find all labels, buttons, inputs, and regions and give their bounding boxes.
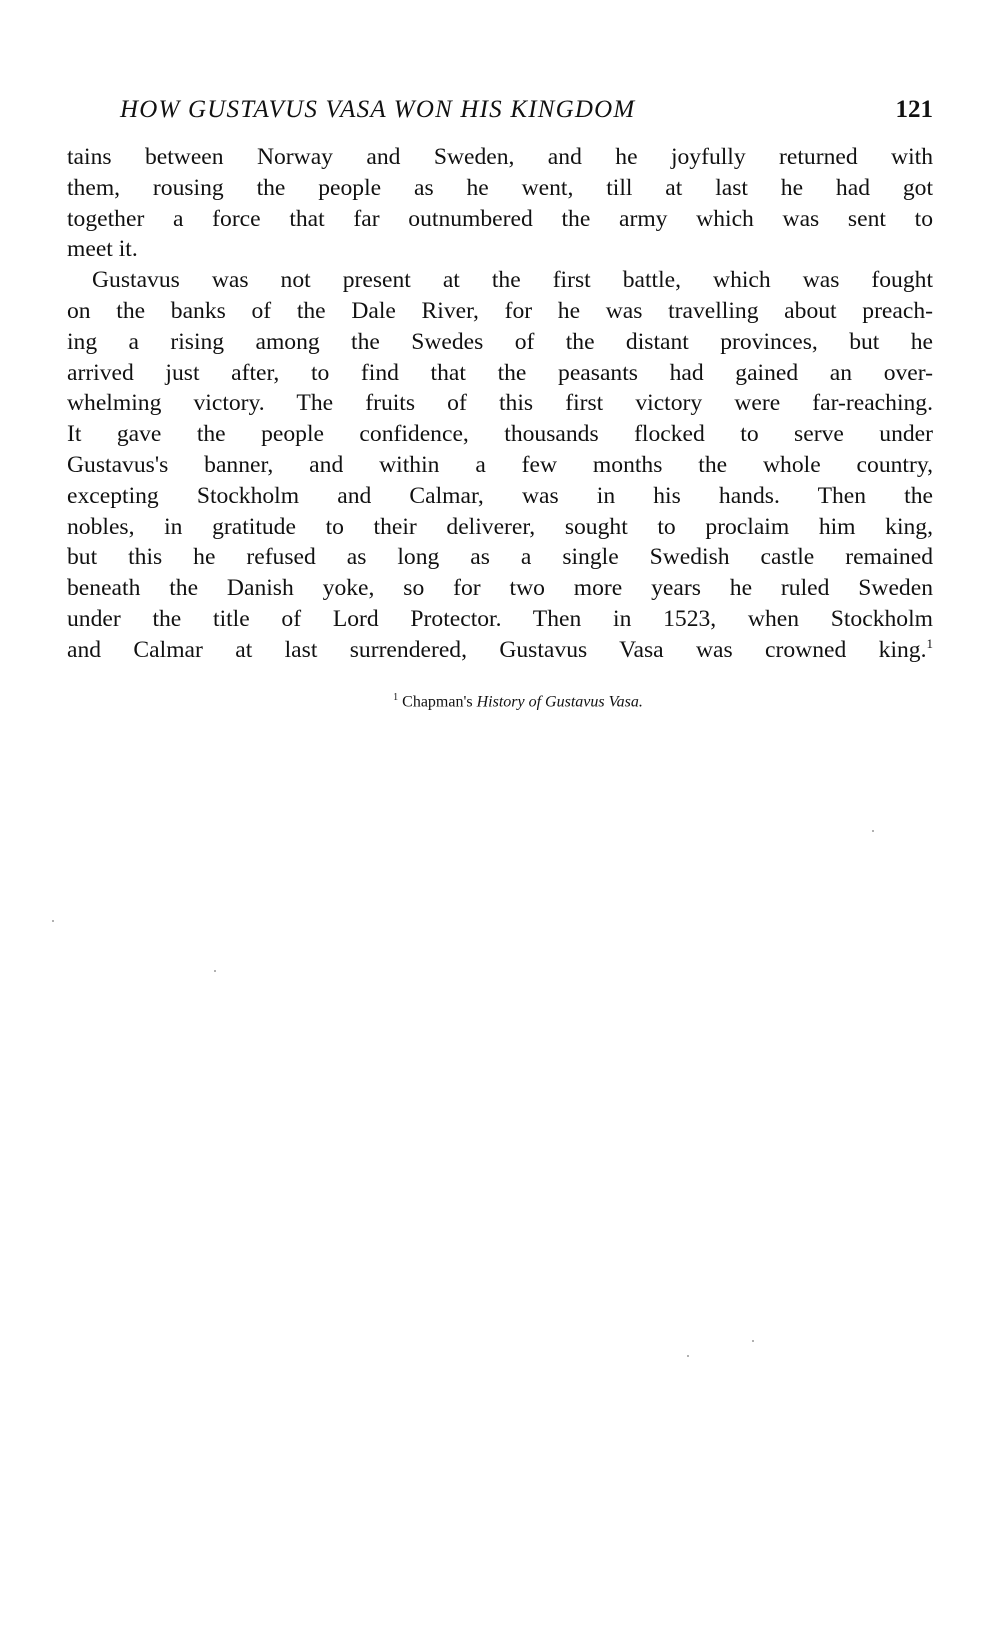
text-line: nobles, in gratitude to their deliverer,…: [67, 512, 933, 543]
paragraph-1: tains between Norway and Sweden, and he …: [67, 142, 933, 265]
text-line: arrived just after, to find that the pea…: [67, 358, 933, 389]
scan-speck: [52, 920, 54, 922]
scan-speck: [872, 830, 874, 832]
text-line: ing a rising among the Swedes of the dis…: [67, 327, 933, 358]
book-page: HOW GUSTAVUS VASA WON HIS KINGDOM 121 ta…: [67, 90, 933, 712]
text-line: but this he refused as long as a single …: [67, 542, 933, 573]
scan-speck: [214, 970, 216, 972]
scan-speck: [687, 1355, 689, 1357]
running-head: HOW GUSTAVUS VASA WON HIS KINGDOM 121: [67, 90, 933, 130]
text-line: beneath the Danish yoke, so for two more…: [67, 573, 933, 604]
footnote-book-title: History of Gustavus Vasa.: [477, 693, 643, 710]
text-line-final: and Calmar at last surrendered, Gustavus…: [67, 635, 933, 666]
text-line: them, rousing the people as he went, til…: [67, 173, 933, 204]
page-number: 121: [896, 90, 934, 130]
text-line: whelming victory. The fruits of this fir…: [67, 388, 933, 419]
running-title: HOW GUSTAVUS VASA WON HIS KINGDOM: [120, 90, 635, 130]
text-line: It gave the people confidence, thousands…: [67, 419, 933, 450]
text-line: tains between Norway and Sweden, and he …: [67, 142, 933, 173]
text-line: Gustavus was not present at the first ba…: [67, 265, 933, 296]
text-line: meet it.: [67, 234, 933, 265]
text-line: on the banks of the Dale River, for he w…: [67, 296, 933, 327]
footnote-reference: 1: [927, 636, 934, 651]
scan-speck: [752, 1340, 754, 1342]
footnote-marker: 1: [393, 692, 398, 703]
body-text: tains between Norway and Sweden, and he …: [67, 142, 933, 666]
text-line: and Calmar at last surrendered, Gustavus…: [67, 637, 927, 663]
footnote: 1Chapman's History of Gustavus Vasa.: [67, 688, 933, 712]
text-line: excepting Stockholm and Calmar, was in h…: [67, 481, 933, 512]
text-line: Gustavus's banner, and within a few mont…: [67, 450, 933, 481]
text-line: under the title of Lord Protector. Then …: [67, 604, 933, 635]
paragraph-2: Gustavus was not present at the first ba…: [67, 265, 933, 665]
footnote-prefix: Chapman's: [402, 693, 476, 710]
text-line: together a force that far outnumbered th…: [67, 204, 933, 235]
